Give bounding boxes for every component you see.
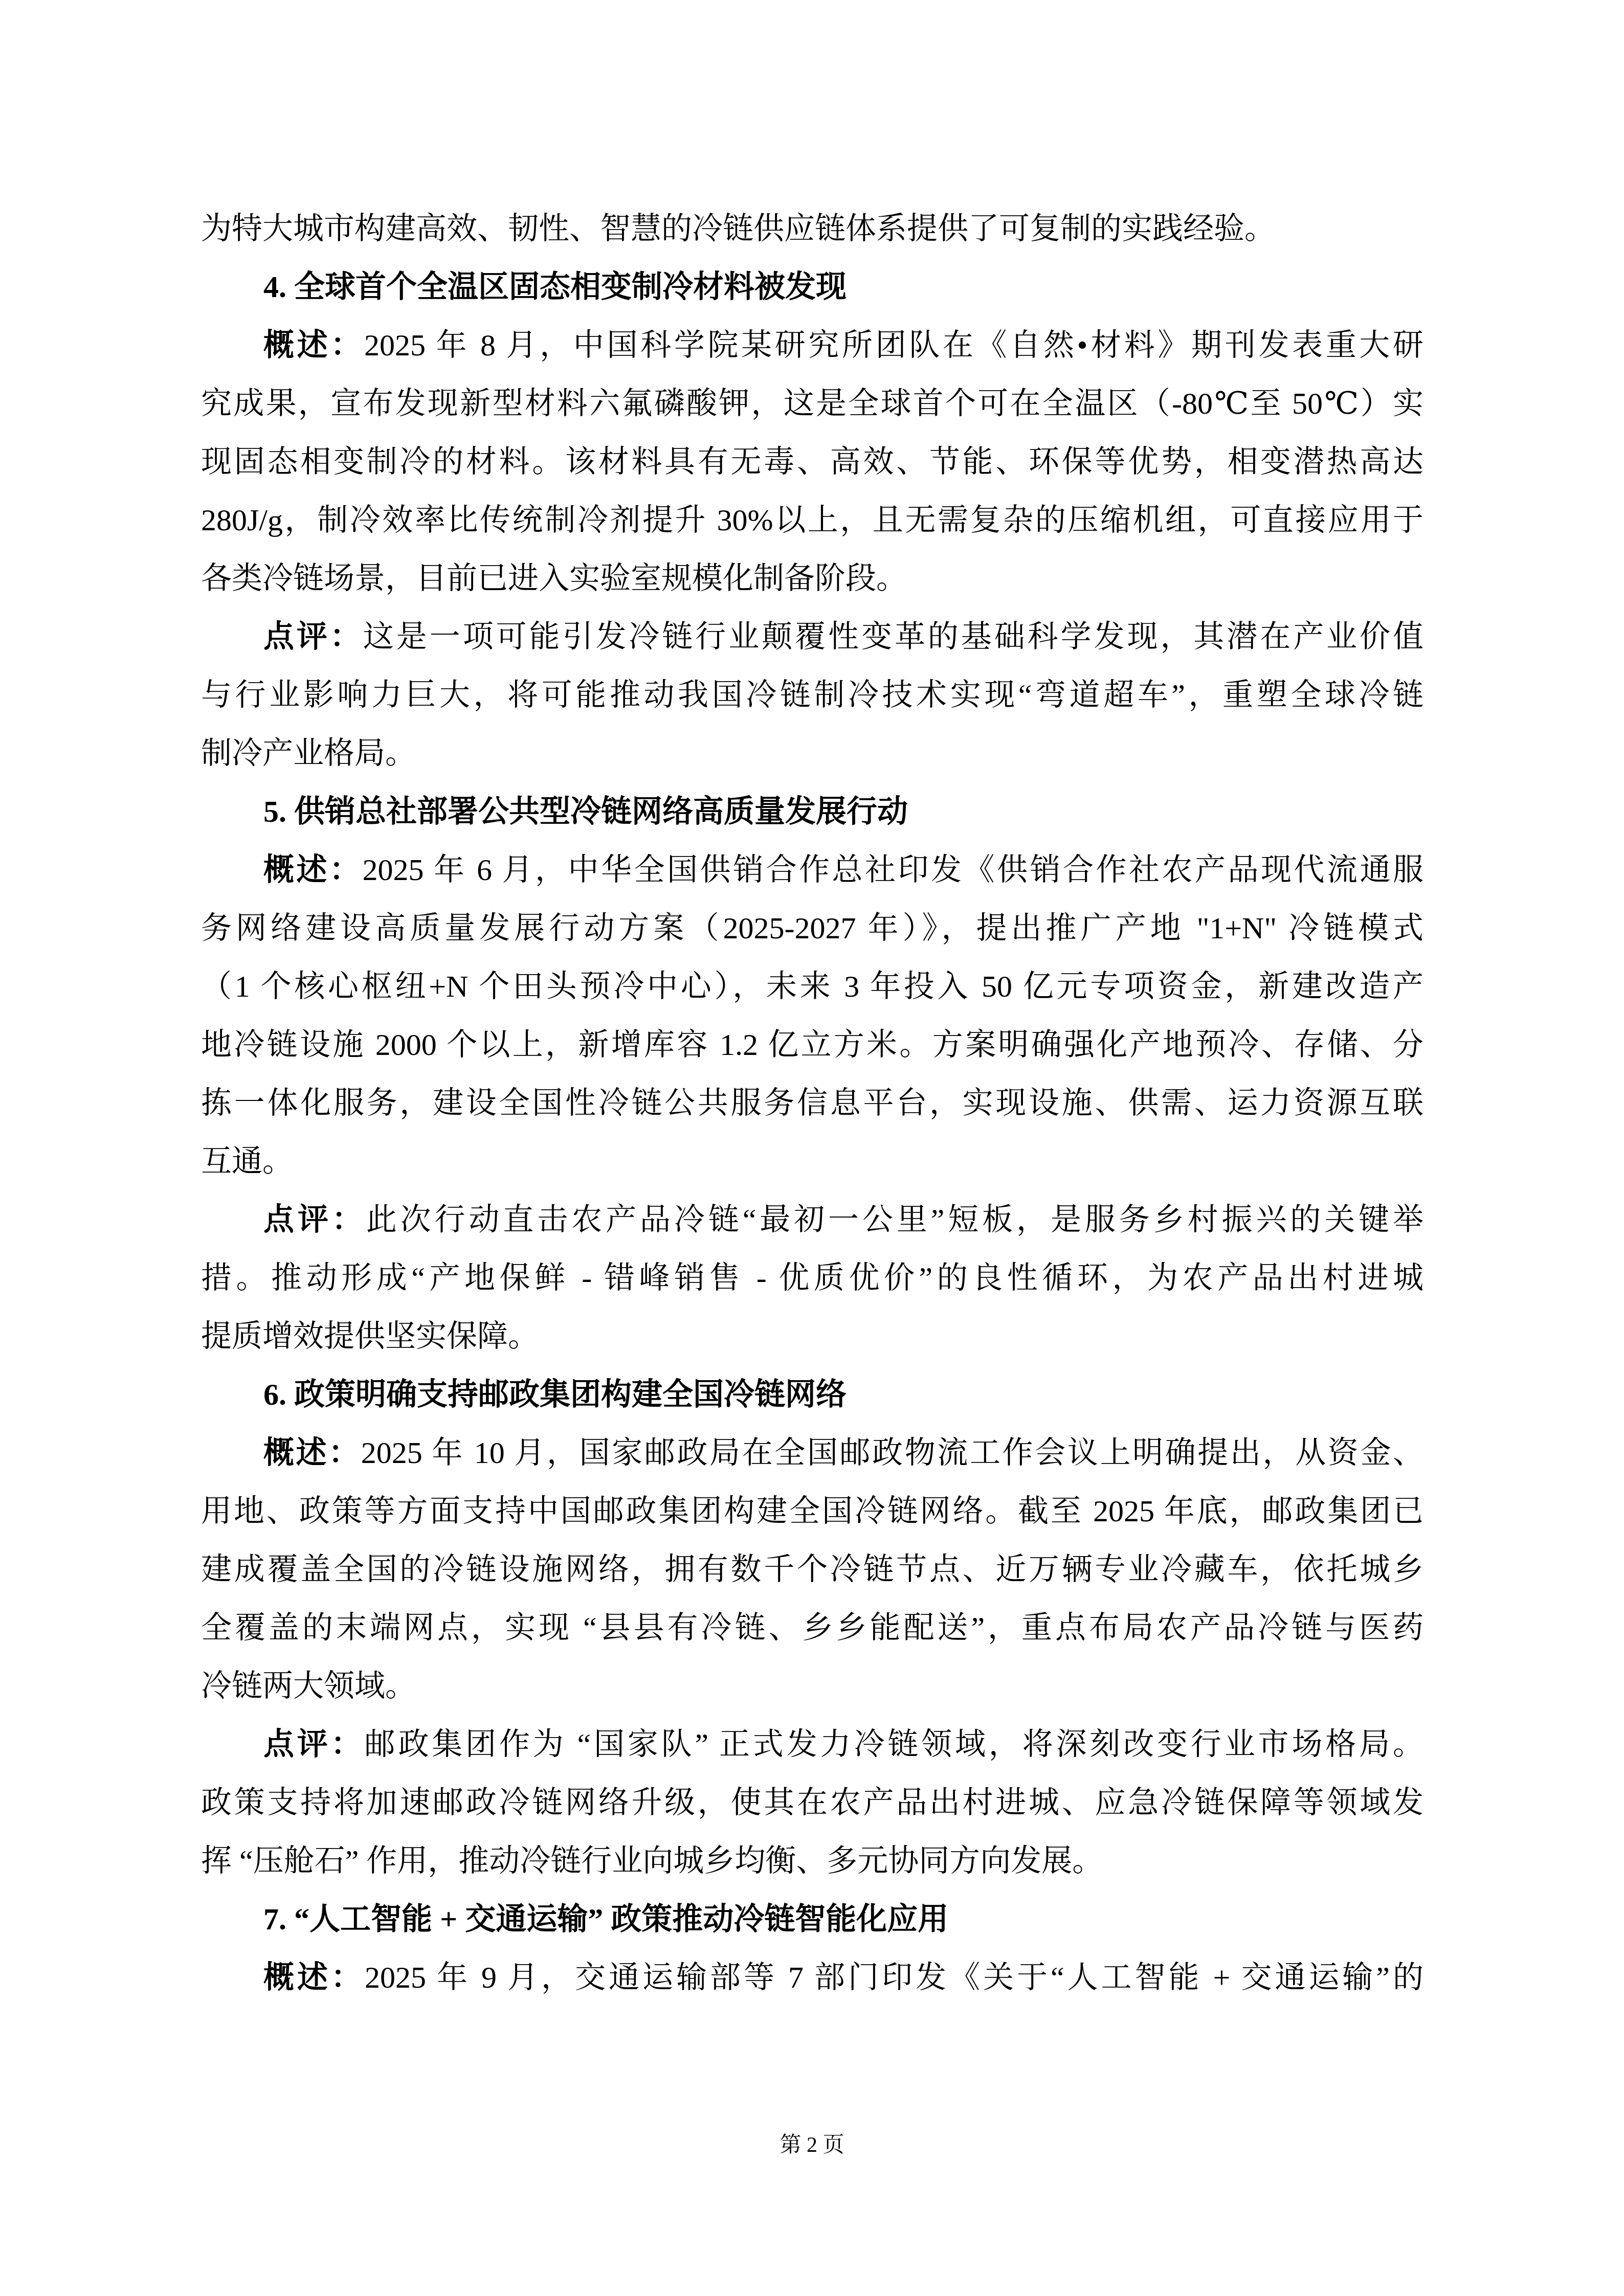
section-5-comment-line-2: 措。推动形成“产地保鲜 - 错峰销售 - 优质优价”的良性循环，为农产品出村进城 (201, 1249, 1423, 1307)
section-4-overview-line-3: 现固态相变制冷的材料。该材料具有无毒、高效、节能、环保等优势，相变潜热高达 (201, 433, 1423, 491)
section-5-overview-line-2: 务网络建设高质量发展行动方案（2025-2027 年）》，提出推广产地 "1+N… (201, 899, 1423, 957)
comment-label: 点评： (263, 620, 363, 654)
section-4-comment-line-1: 点评：这是一项可能引发冷链行业颠覆性变革的基础科学发现，其潜在产业价值 (201, 607, 1423, 666)
section-4-overview-line-5: 各类冷链场景，目前已进入实验室规模化制备阶段。 (201, 549, 1423, 607)
section-5-comment-line-1: 点评：此次行动直击农产品冷链“最初一公里”短板，是服务乡村振兴的关键举 (201, 1190, 1423, 1249)
page-content: 为特大城市构建高效、韧性、智慧的冷链供应链体系提供了可复制的实践经验。 4. 全… (201, 199, 1423, 2007)
section-5-overview-line-5: 拣一体化服务，建设全国性冷链公共服务信息平台，实现设施、供需、运力资源互联 (201, 1074, 1423, 1132)
comment-label: 点评： (263, 1203, 366, 1236)
intro-continuation-line: 为特大城市构建高效、韧性、智慧的冷链供应链体系提供了可复制的实践经验。 (201, 199, 1423, 258)
comment-text: 此次行动直击农产品冷链“最初一公里”短板，是服务乡村振兴的关键举 (366, 1203, 1423, 1236)
section-4-overview-line-2: 究成果，宣布发现新型材料六氟磷酸钾，这是全球首个可在全温区（-80℃至 50℃）… (201, 374, 1423, 433)
section-6-overview-line-3: 建成覆盖全国的冷链设施网络，拥有数千个冷链节点、近万辆专业冷藏车，依托城乡 (201, 1540, 1423, 1599)
section-6-overview-line-4: 全覆盖的末端网点，实现 “县县有冷链、乡乡能配送”，重点布局农产品冷链与医药 (201, 1599, 1423, 1657)
section-6-overview-line-5: 冷链两大领域。 (201, 1657, 1423, 1715)
comment-text: 邮政集团作为 “国家队” 正式发力冷链领域，将深刻改变行业市场格局。 (365, 1727, 1423, 1761)
section-6-comment-line-3: 挥 “压舱石” 作用，推动冷链行业向城乡均衡、多元协同方向发展。 (201, 1832, 1423, 1890)
section-5-overview-line-6: 互通。 (201, 1132, 1423, 1190)
section-5-comment-line-3: 提质增效提供坚实保障。 (201, 1307, 1423, 1365)
overview-text: 2025 年 6 月，中华全国供销合作总社印发《供销合作社农产品现代流通服 (363, 853, 1424, 887)
section-4-overview-line-1: 概述：2025 年 8 月，中国科学院某研究所团队在《自然•材料》期刊发表重大研 (201, 316, 1423, 374)
overview-label: 概述： (263, 328, 364, 362)
section-6-heading: 6. 政策明确支持邮政集团构建全国冷链网络 (201, 1365, 1423, 1424)
overview-label: 概述： (263, 1436, 361, 1470)
overview-label: 概述： (263, 853, 363, 887)
document-page: 为特大城市构建高效、韧性、智慧的冷链供应链体系提供了可复制的实践经验。 4. 全… (0, 0, 1624, 2296)
overview-text: 2025 年 10 月，国家邮政局在全国邮政物流工作会议上明确提出，从资金、 (361, 1436, 1423, 1470)
page-number-footer: 第 2 页 (0, 2127, 1624, 2163)
section-6-comment-line-2: 政策支持将加速邮政冷链网络升级，使其在农产品出村进城、应急冷链保障等领域发 (201, 1773, 1423, 1832)
overview-label: 概述： (263, 1961, 365, 1994)
section-5-overview-line-1: 概述：2025 年 6 月，中华全国供销合作总社印发《供销合作社农产品现代流通服 (201, 841, 1423, 899)
comment-label: 点评： (263, 1727, 365, 1761)
section-4-comment-line-3: 制冷产业格局。 (201, 724, 1423, 782)
section-6-overview-line-1: 概述：2025 年 10 月，国家邮政局在全国邮政物流工作会议上明确提出，从资金… (201, 1424, 1423, 1482)
section-4-comment-line-2: 与行业影响力巨大，将可能推动我国冷链制冷技术实现“弯道超车”，重塑全球冷链 (201, 666, 1423, 724)
section-5-overview-line-3: （1 个核心枢纽+N 个田头预冷中心），未来 3 年投入 50 亿元专项资金，新… (201, 957, 1423, 1016)
section-5-overview-line-4: 地冷链设施 2000 个以上，新增库容 1.2 亿立方米。方案明确强化产地预冷、… (201, 1016, 1423, 1074)
overview-text: 2025 年 8 月，中国科学院某研究所团队在《自然•材料》期刊发表重大研 (364, 328, 1423, 362)
section-6-comment-line-1: 点评：邮政集团作为 “国家队” 正式发力冷链领域，将深刻改变行业市场格局。 (201, 1715, 1423, 1773)
section-7-heading: 7. “人工智能 + 交通运输” 政策推动冷链智能化应用 (201, 1890, 1423, 1948)
section-6-overview-line-2: 用地、政策等方面支持中国邮政集团构建全国冷链网络。截至 2025 年底，邮政集团… (201, 1482, 1423, 1540)
section-4-overview-line-4: 280J/g，制冷效率比传统制冷剂提升 30%以上，且无需复杂的压缩机组，可直接… (201, 491, 1423, 549)
section-4-heading: 4. 全球首个全温区固态相变制冷材料被发现 (201, 258, 1423, 316)
comment-text: 这是一项可能引发冷链行业颠覆性变革的基础科学发现，其潜在产业价值 (363, 620, 1423, 654)
overview-text: 2025 年 9 月，交通运输部等 7 部门印发《关于“人工智能 + 交通运输”… (365, 1961, 1423, 1994)
section-5-heading: 5. 供销总社部署公共型冷链网络高质量发展行动 (201, 782, 1423, 841)
section-7-overview-line-1: 概述：2025 年 9 月，交通运输部等 7 部门印发《关于“人工智能 + 交通… (201, 1948, 1423, 2007)
